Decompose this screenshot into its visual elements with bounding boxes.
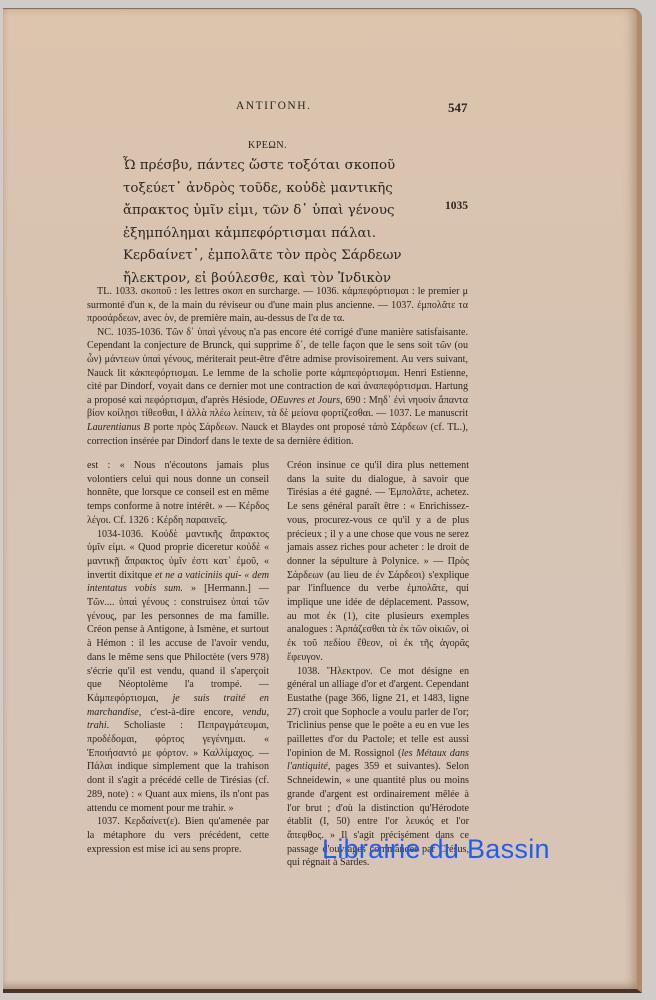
commentary-paragraph: 1037. Κερδαίνετ(ε). Bien qu'amenée par l… bbox=[87, 815, 269, 856]
watermark-text: Librairie du Bassin bbox=[322, 834, 550, 865]
verse-line: Ὦ πρέσβυ, πάντες ὥστε τοξόται σκοποῦ bbox=[123, 155, 423, 178]
commentary-left-column: est : « Nous n'écoutons jamais plus volo… bbox=[87, 459, 269, 856]
note-nc: NC. 1035-1036. Τῶν δ᾽ ὑπαὶ γένους n'a pa… bbox=[87, 326, 468, 448]
verse-line: τοξεύετ᾽ ἀνδρὸς τοῦδε, κοὐδὲ μαντικῆς bbox=[123, 178, 423, 201]
note-tl: TL. 1033. σκοποῦ : les lettres σκοπ en s… bbox=[87, 285, 468, 326]
verse-line: ἄπρακτος ὑμῖν εἰμι, τῶν δ᾽ ὑπαὶ γένους bbox=[123, 200, 423, 223]
commentary-paragraph: 1034-1036. Κοὐδὲ μαντικῆς ἄπρακτος ὑμῖν … bbox=[87, 528, 269, 816]
verse-block: Ὦ πρέσβυ, πάντες ὥστε τοξόται σκοποῦ τοξ… bbox=[123, 155, 423, 290]
verse-line: Κερδαίνετ᾽, ἐμπολᾶτε τὸν πρὸς Σάρδεων bbox=[123, 245, 423, 268]
verse-line: ἐξημπόλημαι κἀμπεφόρτισμαι πάλαι. bbox=[123, 223, 423, 246]
commentary-paragraph: Créon insinue ce qu'il dira plus netteme… bbox=[287, 459, 469, 665]
running-head: ΑΝΤΙΓΟΝΗ. bbox=[236, 100, 311, 112]
commentary-right-column: Créon insinue ce qu'il dira plus netteme… bbox=[287, 459, 469, 870]
page-number: 547 bbox=[448, 100, 468, 116]
speaker-name: ΚΡΕΩΝ. bbox=[248, 140, 287, 151]
commentary-paragraph: est : « Nous n'écoutons jamais plus volo… bbox=[87, 459, 269, 528]
critical-notes: TL. 1033. σκοποῦ : les lettres σκοπ en s… bbox=[87, 285, 468, 448]
verse-line-number: 1035 bbox=[445, 200, 468, 212]
